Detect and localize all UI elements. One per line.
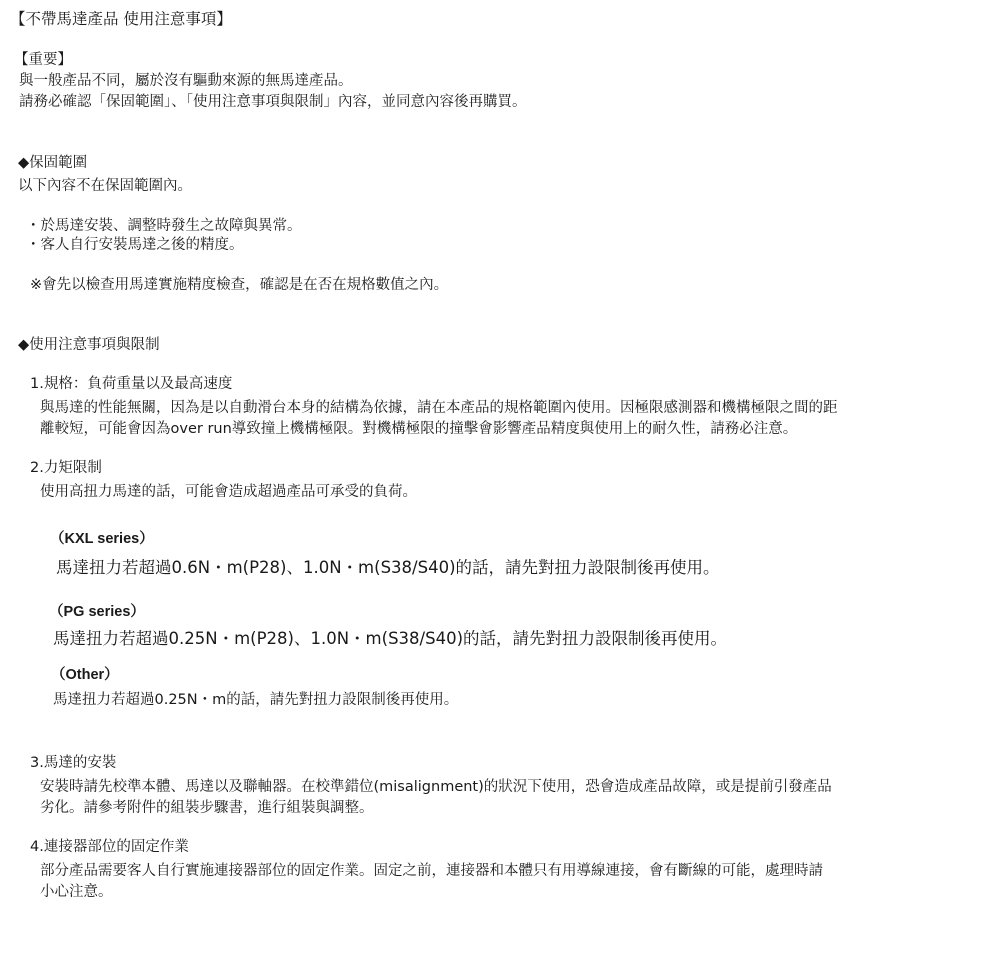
kxl-series-label: （KXL series）: [50, 529, 154, 549]
other-series-label: （Other）: [51, 665, 119, 685]
important-heading: 【重要】: [14, 50, 72, 70]
document-title: 【不帶馬達產品 使用注意事項】: [10, 9, 232, 29]
item-3-line-1: 安裝時請先校準本體、馬達以及聯軸器。在校準錯位(misalignment)的狀況…: [40, 777, 832, 797]
restrictions-heading: ◆使用注意事項與限制: [18, 335, 160, 355]
warranty-bullet-1: ・於馬達安裝、調整時發生之故障與異常。: [26, 216, 302, 236]
item-4-line-2: 小心注意。: [40, 882, 113, 902]
other-series-text: 馬達扭力若超過0.25N・m的話，請先對扭力設限制後再使用。: [53, 690, 458, 710]
warranty-bullet-2: ・客人自行安裝馬達之後的精度。: [26, 235, 244, 255]
warranty-intro: 以下內容不在保固範圍內。: [18, 176, 192, 196]
item-3-line-2: 劣化。請參考附件的組裝步驟書，進行組裝與調整。: [40, 798, 374, 818]
item-2-title: 2.力矩限制: [30, 458, 102, 478]
item-1-title: 1.規格：負荷重量以及最高速度: [30, 374, 232, 394]
kxl-series-text: 馬達扭力若超過0.6N・m(P28)、1.0N・m(S38/S40)的話，請先對…: [56, 557, 720, 579]
item-4-title: 4.連接器部位的固定作業: [30, 837, 189, 857]
important-line-1: 與一般產品不同，屬於沒有驅動來源的無馬達產品。: [19, 71, 353, 91]
item-1-line-2: 離較短，可能會因為over run導致撞上機構極限。對機構極限的撞擊會影響產品精…: [40, 419, 797, 439]
pg-series-text: 馬達扭力若超過0.25N・m(P28)、1.0N・m(S38/S40)的話，請先…: [53, 628, 727, 650]
warranty-note: ※會先以檢查用馬達實施精度檢查，確認是在否在規格數值之內。: [30, 275, 448, 295]
item-1-line-1: 與馬達的性能無關，因為是以自動滑台本身的結構為依據，請在本產品的規格範圍內使用。…: [40, 398, 838, 418]
item-2-line-1: 使用高扭力馬達的話，可能會造成超過產品可承受的負荷。: [40, 482, 417, 502]
item-4-line-1: 部分產品需要客人自行實施連接器部位的固定作業。固定之前，連接器和本體只有用導線連…: [40, 861, 823, 881]
warranty-heading: ◆保固範圍: [18, 153, 87, 173]
pg-series-label: （PG series）: [49, 602, 145, 622]
important-line-2: 請務必確認「保固範圍」、「使用注意事項與限制」內容，並同意內容後再購買。: [19, 92, 527, 112]
item-3-title: 3.馬達的安裝: [30, 753, 116, 773]
